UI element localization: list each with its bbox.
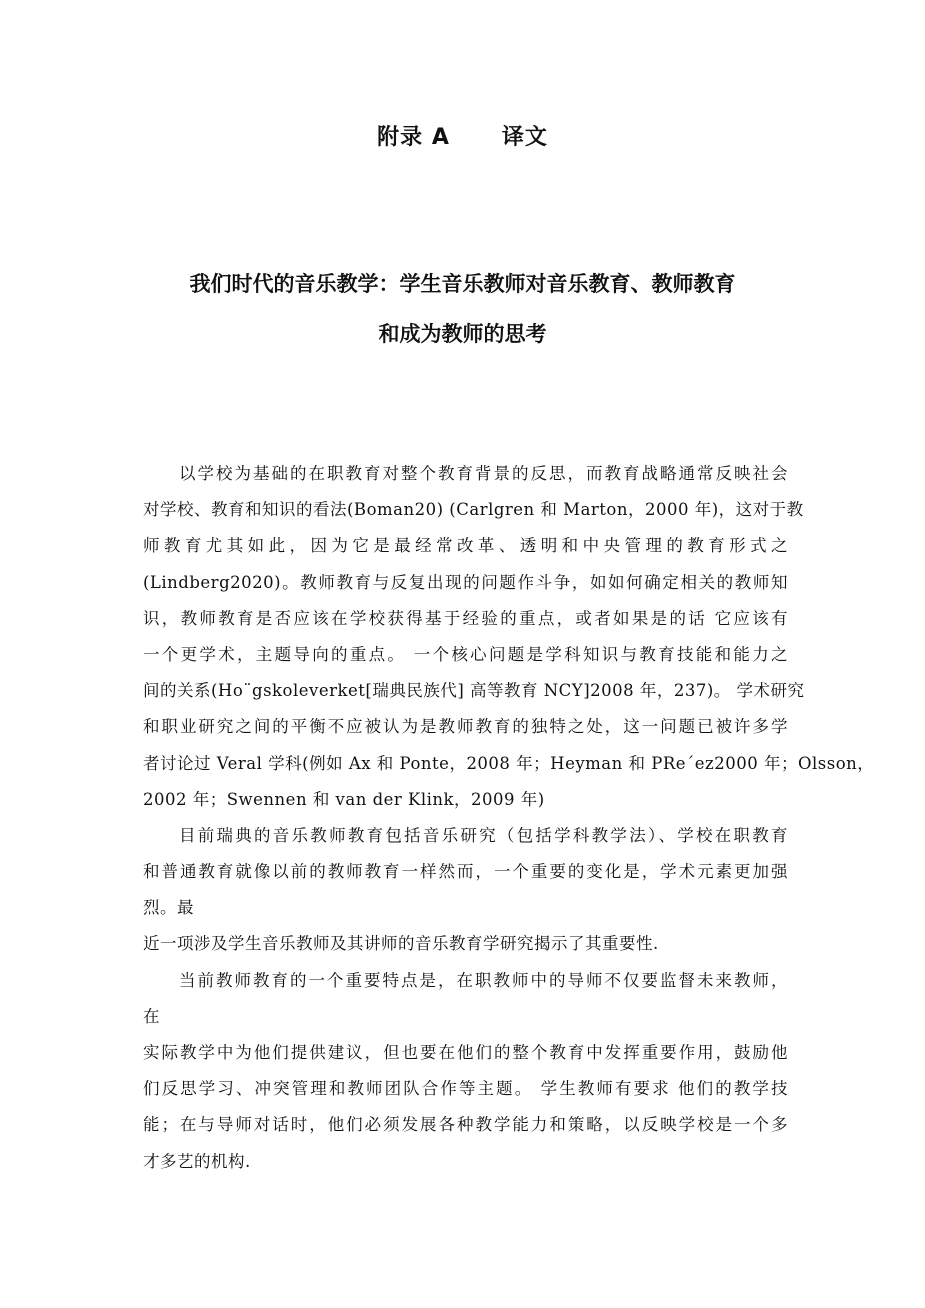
body-text: 以学校为基础的在职教育对整个教育背景的反思，而教育战略通常反映社会 对学校、教育… [143,456,788,1180]
document-page: 附录 A 译文 我们时代的音乐教学：学生音乐教师对音乐教育、教师教育 和成为教师… [0,0,925,1308]
text-line: 近一项涉及学生音乐教师及其讲师的音乐教育学研究揭示了其重要性. [143,926,788,962]
text-line: 们反思学习、冲突管理和教师团队合作等主题。 学生教师有要求 他们的教学技 [143,1071,788,1107]
appendix-heading: 附录 A 译文 [0,120,925,151]
text-line: 师教育尤其如此，因为它是最经常改革、透明和中央管理的教育形式之 [143,528,788,564]
text-line: 才多艺的机构. [143,1144,788,1180]
text-line: 目前瑞典的音乐教师教育包括音乐研究（包括学科教学法）、学校在职教育 [143,818,788,854]
paragraph-2: 目前瑞典的音乐教师教育包括音乐研究（包括学科教学法）、学校在职教育 和普通教育就… [143,818,788,963]
text-line: 2002 年；Swennen 和 van der Klink，2009 年) [143,782,788,818]
text-line: 者讨论过 Veral 学科(例如 Ax 和 Ponte，2008 年；Heyma… [143,746,788,782]
text-line: 以学校为基础的在职教育对整个教育背景的反思，而教育战略通常反映社会 [143,456,788,492]
text-line: (Lindberg2020)。教师教育与反复出现的问题作斗争，如如何确定相关的教… [143,565,788,601]
article-title-line-1: 我们时代的音乐教学：学生音乐教师对音乐教育、教师教育 [0,268,925,298]
text-line: 当前教师教育的一个重要特点是，在职教师中的导师不仅要监督未来教师， [143,963,788,999]
text-line: 和职业研究之间的平衡不应被认为是教师教育的独特之处，这一问题已被许多学 [143,709,788,745]
text-line: 间的关系(Ho¨gskoleverket[瑞典民族代] 高等教育 NCY]200… [143,673,788,709]
text-line: 实际教学中为他们提供建议，但也要在他们的整个教育中发挥重要作用，鼓励他 [143,1035,788,1071]
text-line: 烈。最 [143,890,788,926]
text-line: 在 [143,999,788,1035]
paragraph-1: 以学校为基础的在职教育对整个教育背景的反思，而教育战略通常反映社会 对学校、教育… [143,456,788,818]
text-line: 能；在与导师对话时，他们必须发展各种教学能力和策略，以反映学校是一个多 [143,1107,788,1143]
text-line: 和普通教育就像以前的教师教育一样然而，一个重要的变化是，学术元素更加强 [143,854,788,890]
text-line: 识，教师教育是否应该在学校获得基于经验的重点，或者如果是的话 它应该有 [143,601,788,637]
paragraph-3: 当前教师教育的一个重要特点是，在职教师中的导师不仅要监督未来教师， 在 实际教学… [143,963,788,1180]
text-line: 一个更学术，主题导向的重点。 一个核心问题是学科知识与教育技能和能力之 [143,637,788,673]
article-title-line-2: 和成为教师的思考 [0,318,925,348]
text-line: 对学校、教育和知识的看法(Boman20) (Carlgren 和 Marton… [143,492,788,528]
